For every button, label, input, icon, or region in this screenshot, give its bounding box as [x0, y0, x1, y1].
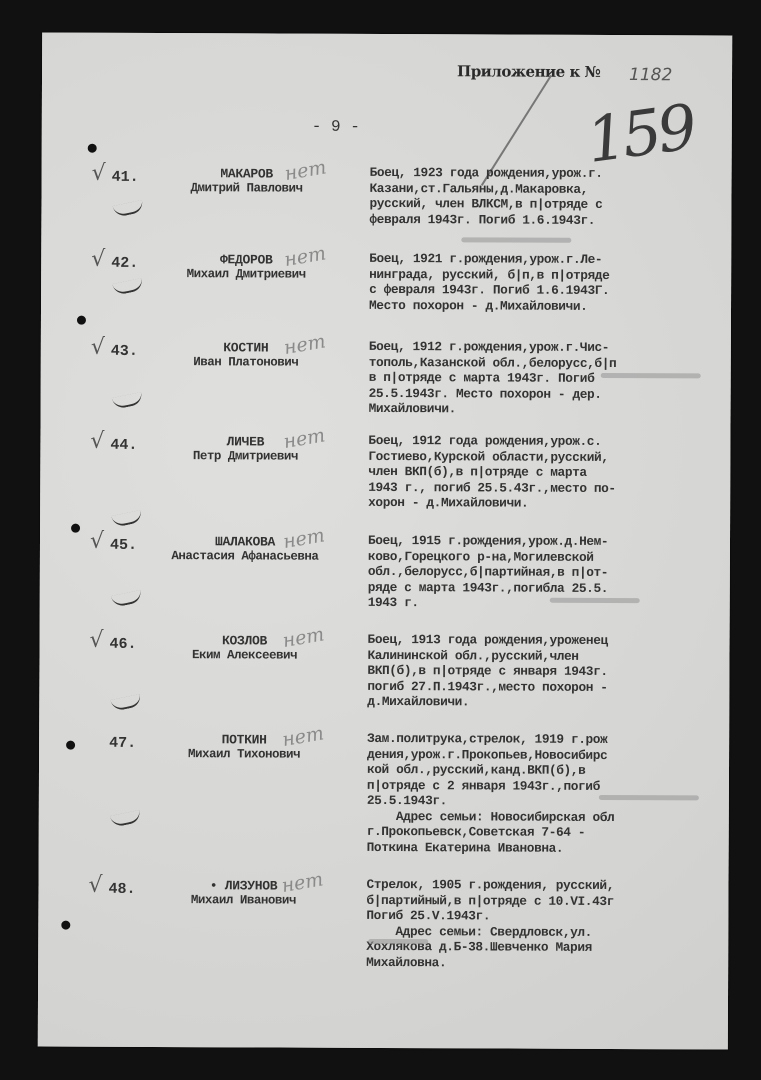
entry-number: 46.: [110, 636, 137, 653]
entry-42: √ 42. ФЕДОРОВ Михаил Дмитриевич нет Боец…: [41, 254, 731, 257]
punch-hole: [88, 144, 97, 153]
pencil-underline: [461, 237, 571, 242]
check-mark: √: [90, 628, 104, 653]
biography: Боец, 1912 г.рождения,урож.г.Чис- тополь…: [369, 339, 689, 418]
entry-41: √ 41. МАКАРОВ Дмитрий Павлович нет Боец,…: [42, 168, 732, 171]
tick-mark: [110, 694, 142, 712]
biography: Боец, 1921 г.рождения,урож.г.Ле- нинград…: [369, 251, 689, 314]
biography: Боец, 1923 года рождения,урож.г. Казани,…: [369, 165, 689, 228]
check-mark: √: [90, 429, 104, 454]
entry-45: √ 45. ШАЛАКОВА Анастасия Афанасьевна нет…: [40, 536, 730, 539]
tick-mark: [111, 510, 143, 528]
entry-number: 44.: [110, 437, 137, 454]
given-names: Иван Платонович: [146, 355, 346, 370]
folio-number: 159: [582, 90, 697, 177]
entry-number: 47.: [109, 735, 136, 752]
tick-mark: [111, 590, 143, 608]
given-names: Михаил Иванович: [143, 893, 343, 908]
biography: Боец, 1913 года рождения,уроженец Калини…: [367, 632, 687, 711]
biography: Боец, 1915 г.рождения,урож.д.Нем- ково,Г…: [368, 533, 688, 612]
entry-number: 48.: [108, 881, 135, 898]
check-mark: √: [91, 247, 105, 272]
check-mark: √: [92, 161, 106, 186]
page-number: - 9 -: [312, 118, 360, 136]
entry-44: √ 44. ЛИЧЕВ Петр Дмитриевич нет Боец, 19…: [40, 436, 730, 439]
check-mark: √: [88, 873, 102, 898]
entry-47: 47. ПОТКИН Михаил Тихонович нет Зам.поли…: [39, 734, 729, 737]
entry-number: 45.: [110, 537, 137, 554]
tick-mark: [110, 810, 142, 828]
entry-number: 41.: [112, 169, 139, 186]
entry-43: √ 43. КОСТИН Иван Платонович нет Боец, 1…: [41, 342, 731, 345]
biography: Боец, 1912 года рождения,урож.с. Гостиев…: [368, 433, 688, 512]
given-names: Еким Алексеевич: [144, 648, 344, 663]
tick-mark: [112, 278, 144, 296]
entry-46: √ 46. КОЗЛОВ Еким Алексеевич нет Боец, 1…: [40, 635, 730, 638]
punch-hole: [61, 921, 70, 930]
document-page: Приложение к № 1182 159 - 9 - √ 41. МАКА…: [38, 32, 732, 1049]
pencil-underline: [550, 598, 640, 603]
given-names: Анастасия Афанасьевна: [145, 549, 345, 564]
given-names: Дмитрий Павлович: [147, 181, 347, 196]
given-names: Михаил Тихонович: [144, 747, 344, 762]
entry-number: 42.: [111, 255, 138, 272]
appendix-stamp: Приложение к №: [457, 62, 600, 81]
pencil-underline: [368, 939, 428, 944]
tick-mark: [113, 200, 145, 218]
given-names: Петр Дмитриевич: [145, 449, 345, 464]
given-names: Михаил Дмитриевич: [146, 267, 346, 282]
pencil-underline: [601, 373, 701, 378]
biography: Зам.политрука,стрелок, 1919 г.рож дения,…: [367, 731, 688, 856]
pencil-underline: [599, 795, 699, 800]
check-mark: √: [90, 529, 104, 554]
biography: Стрелок, 1905 г.рождения, русский, б|пар…: [366, 877, 686, 971]
punch-hole: [66, 741, 75, 750]
check-mark: √: [91, 335, 105, 360]
punch-hole: [77, 316, 86, 325]
appendix-number: 1182: [629, 65, 672, 85]
entry-number: 43.: [111, 343, 138, 360]
entry-48: √ 48. • ЛИЗУНОВ Михаил Иванович нет Стре…: [39, 880, 729, 883]
punch-hole: [71, 524, 80, 533]
tick-mark: [112, 392, 144, 410]
